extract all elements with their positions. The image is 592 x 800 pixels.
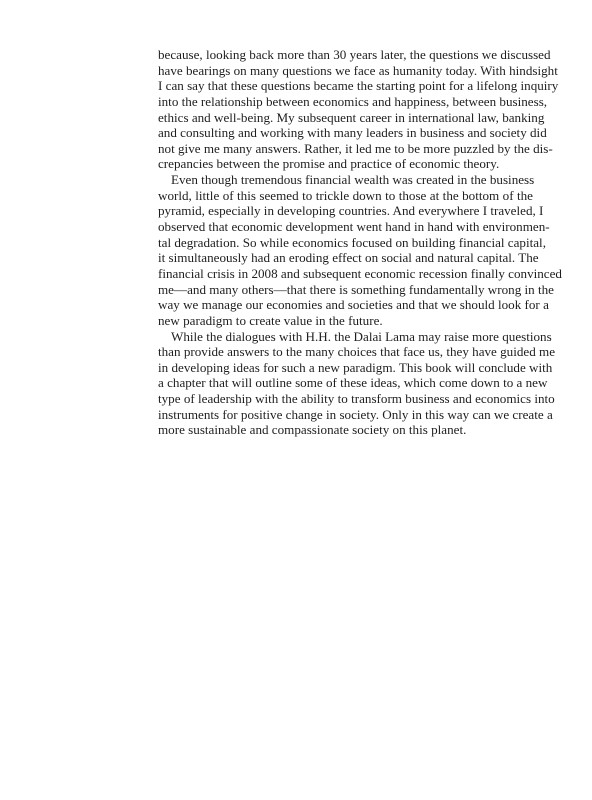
book-page: because, looking back more than 30 years… [0, 0, 592, 800]
paragraph-1: because, looking back more than 30 years… [158, 47, 533, 172]
text-line: than provide answers to the many choices… [158, 344, 533, 360]
text-line: me—and many others—that there is somethi… [158, 282, 533, 298]
paragraph-3: While the dialogues with H.H. the Dalai … [158, 329, 533, 438]
text-line: new paradigm to create value in the futu… [158, 313, 533, 329]
text-line: have bearings on many questions we face … [158, 63, 533, 79]
text-line: financial crisis in 2008 and subsequent … [158, 266, 533, 282]
text-line: Even though tremendous financial wealth … [158, 172, 533, 188]
text-line: a chapter that will outline some of thes… [158, 375, 533, 391]
text-line: crepancies between the promise and pract… [158, 156, 533, 172]
text-line: I can say that these questions became th… [158, 78, 533, 94]
text-line: in developing ideas for such a new parad… [158, 360, 533, 376]
body-text: because, looking back more than 30 years… [158, 47, 533, 438]
text-line: more sustainable and compassionate socie… [158, 422, 533, 438]
text-line: pyramid, especially in developing countr… [158, 203, 533, 219]
text-line: not give me many answers. Rather, it led… [158, 141, 533, 157]
text-line: world, little of this seemed to trickle … [158, 188, 533, 204]
text-line: it simultaneously had an eroding effect … [158, 250, 533, 266]
paragraph-2: Even though tremendous financial wealth … [158, 172, 533, 328]
text-line: While the dialogues with H.H. the Dalai … [158, 329, 533, 345]
text-line: tal degradation. So while economics focu… [158, 235, 533, 251]
text-line: because, looking back more than 30 years… [158, 47, 533, 63]
text-line: observed that economic development went … [158, 219, 533, 235]
text-line: type of leadership with the ability to t… [158, 391, 533, 407]
text-line: instruments for positive change in socie… [158, 407, 533, 423]
text-line: into the relationship between economics … [158, 94, 533, 110]
text-line: ethics and well-being. My subsequent car… [158, 110, 533, 126]
text-line: way we manage our economies and societie… [158, 297, 533, 313]
text-line: and consulting and working with many lea… [158, 125, 533, 141]
